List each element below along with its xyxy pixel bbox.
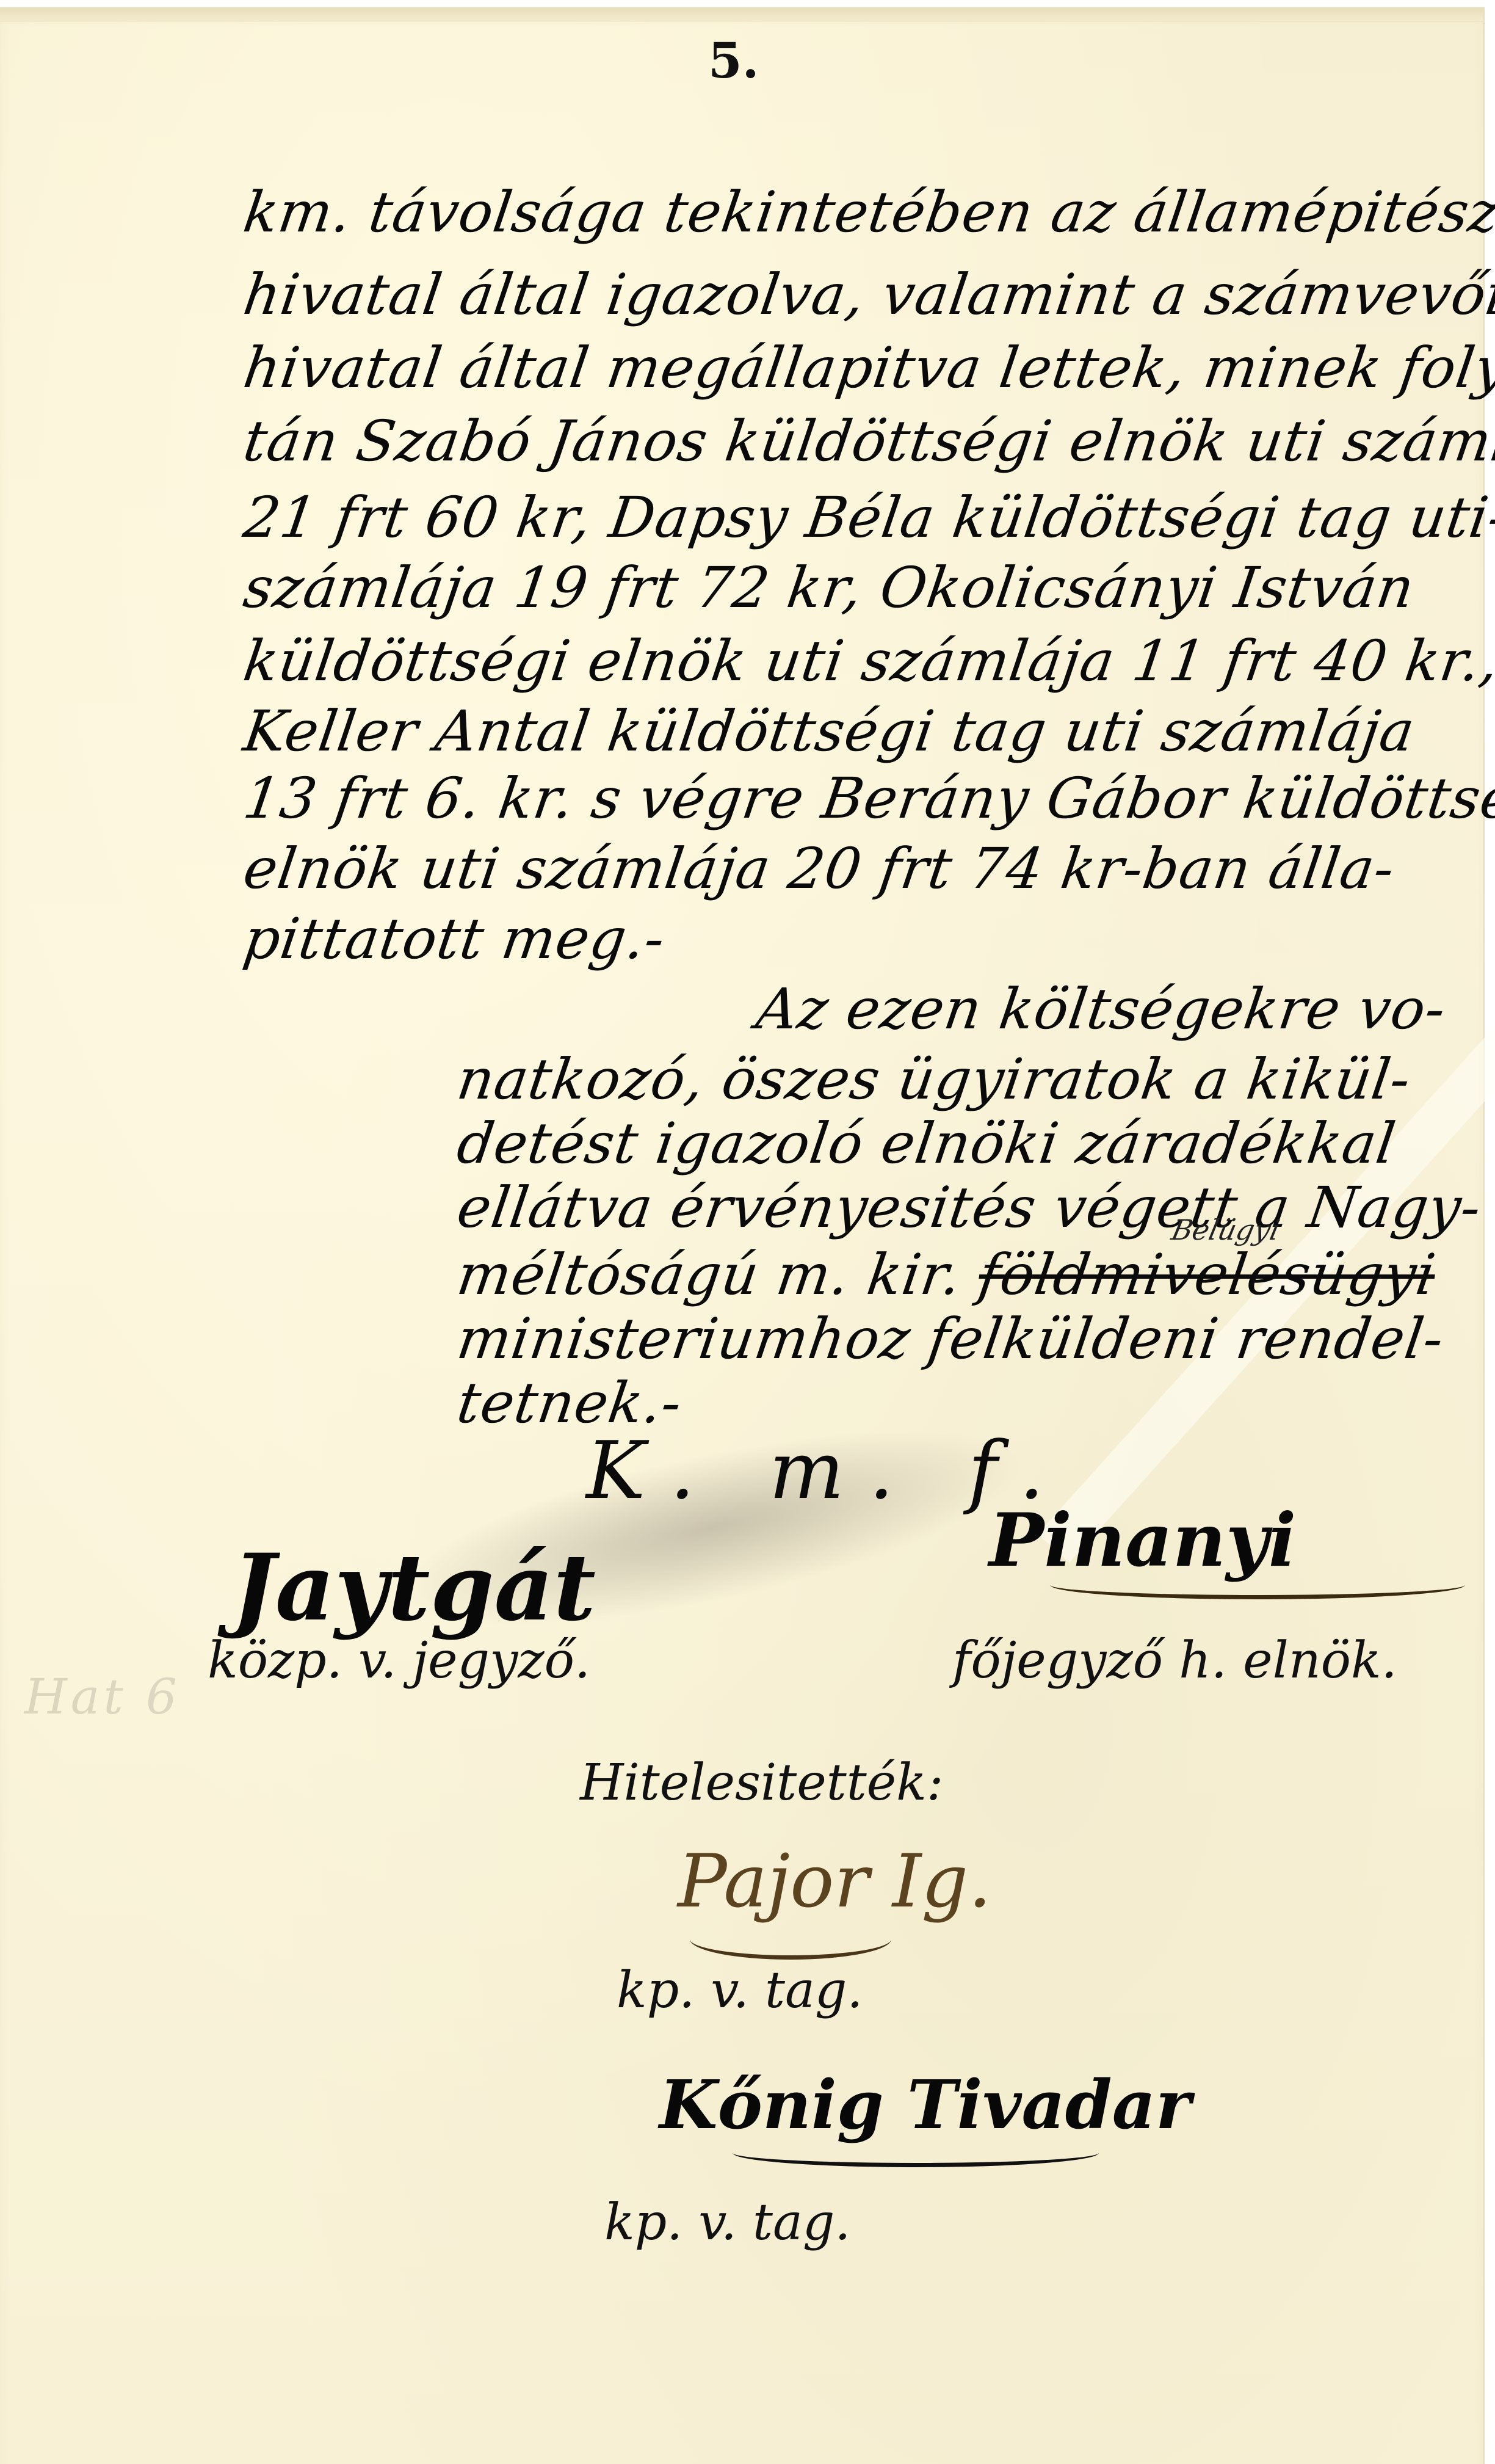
body-line: 21 frt 60 kr, Dapsy Béla küldöttségi tag… <box>241 490 1495 546</box>
paragraph-line: Az ezen költségekre vo- <box>753 981 1449 1038</box>
paper-top-edge <box>0 7 1483 21</box>
signature-left-role: közp. v. jegyző. <box>208 1632 590 1690</box>
paragraph-line: méltóságú m. kir. földmivelésügyi <box>454 1247 1439 1303</box>
authentication-label: Hitelesitették: <box>580 1754 944 1812</box>
witness2-role: kp. v. tag. <box>604 2193 850 2251</box>
witness2-flourish <box>733 2139 1099 2167</box>
paragraph-line: tetnek.- <box>454 1375 686 1431</box>
witness1-signature: Pajor Ig. <box>678 1839 991 1924</box>
witness1-role: kp. v. tag. <box>617 1961 863 2019</box>
body-line: pittatott meg.- <box>241 911 668 967</box>
paragraph-line: detést igazoló elnöki záradékkal <box>454 1116 1399 1172</box>
body-line: számlája 19 frt 72 kr, Okolicsányi Istvá… <box>241 560 1418 616</box>
signature-right-role: főjegyző h. elnök. <box>952 1632 1397 1690</box>
paragraph-line: natkozó, öszes ügyiratok a kikül- <box>454 1052 1414 1108</box>
signature-left: Jaytgát <box>232 1534 596 1641</box>
paragraph-line: ministeriumhoz felküldeni rendel- <box>454 1311 1447 1367</box>
signature-flourish <box>1050 1571 1465 1599</box>
line-text: méltóságú m. kir. <box>454 1242 966 1307</box>
witness2-signature: Kőnig Tivadar <box>659 2065 1191 2144</box>
body-line: küldöttségi elnök uti számlája 11 frt 40… <box>241 633 1495 689</box>
paragraph-line: ellátva érvényesités végett a Nagy- <box>454 1180 1485 1236</box>
body-line: hivatal által megállapitva lettek, minek… <box>241 340 1495 396</box>
body-line: hivatal által igazolva, valamint a számv… <box>241 267 1495 323</box>
witness1-flourish <box>690 1919 891 1960</box>
body-line: Keller Antal küldöttségi tag uti számláj… <box>241 703 1418 760</box>
body-line: 13 frt 6. kr. s végre Berány Gábor küldö… <box>241 771 1495 827</box>
body-line: elnök uti számlája 20 frt 74 kr-ban álla… <box>241 841 1399 897</box>
body-line: km. távolsága tekintetében az államépité… <box>241 184 1495 241</box>
page-number: 5. <box>708 32 759 89</box>
inserted-correction: Belügyi <box>1168 1213 1283 1246</box>
body-line: tán Szabó János küldöttségi elnök uti sz… <box>241 413 1495 470</box>
faint-bleedthrough-text: Hat 6 <box>24 1668 181 1725</box>
document-page: Hat 6 5. km. távolsága tekintetében az á… <box>0 7 1485 2464</box>
struck-word: földmivelésügyi <box>975 1242 1440 1307</box>
